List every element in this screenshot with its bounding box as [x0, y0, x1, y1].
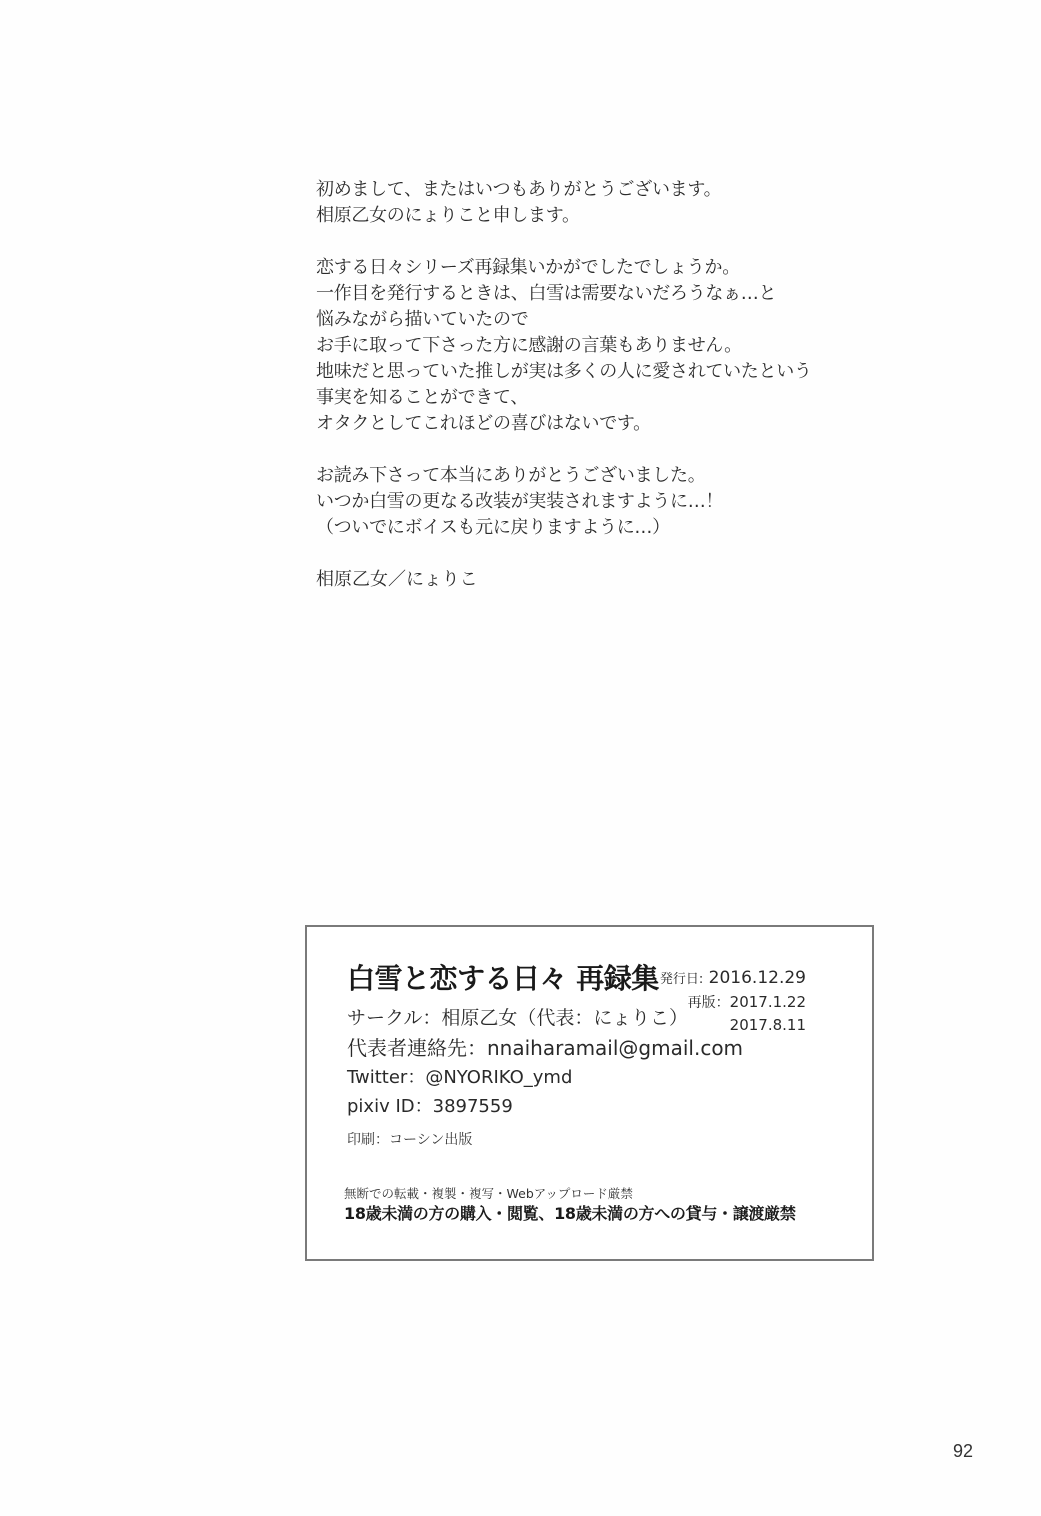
legal-notices: 無断での転載・複製・複写・Webアップロード厳禁 18歳未満の方の購入・閲覧、1…: [344, 1185, 796, 1225]
page-number: 92: [953, 1441, 973, 1462]
circle-name: サークル：相原乙女（代表：にょりこ）: [347, 1003, 743, 1033]
text-line: 一作目を発行するときは、白雪は需要ないだろうなぁ…と: [316, 281, 876, 307]
published-date-row: 発行日: 2016.12.29: [660, 967, 806, 991]
author-signature: 相原乙女／にょりこ: [316, 567, 876, 593]
published-label: 発行日:: [660, 972, 703, 987]
afterword-paragraph-thanks: お読み下さって本当にありがとうございました。 いつか白雪の更なる改装が実装されま…: [316, 463, 876, 541]
text-line: 悩みながら描いていたので: [316, 307, 876, 333]
colophon-box: 白雪と恋する日々 再録集 発行日: 2016.12.29 再版：2017.1.2…: [305, 925, 874, 1261]
text-line: 初めまして、またはいつもありがとうございます。: [316, 177, 876, 203]
reproduction-notice: 無断での転載・複製・複写・Webアップロード厳禁: [344, 1185, 796, 1203]
afterword-paragraph-greeting: 初めまして、またはいつもありがとうございます。 相原乙女のにょりこと申します。: [316, 177, 876, 229]
afterword-paragraph-body: 恋する日々シリーズ再録集いかがでしたでしょうか。 一作目を発行するときは、白雪は…: [316, 255, 876, 437]
text-line: （ついでにボイスも元に戻りますように…）: [316, 515, 876, 541]
text-line: お読み下さって本当にありがとうございました。: [316, 463, 876, 489]
text-line: 相原乙女のにょりこと申します。: [316, 203, 876, 229]
circle-info: サークル：相原乙女（代表：にょりこ） 代表者連絡先：nnaiharamail@g…: [347, 1003, 743, 1151]
text-line: お手に取って下さった方に感謝の言葉もありません。: [316, 333, 876, 359]
text-line: 恋する日々シリーズ再録集いかがでしたでしょうか。: [316, 255, 876, 281]
page: 初めまして、またはいつもありがとうございます。 相原乙女のにょりこと申します。 …: [0, 0, 1041, 1516]
published-date: 2016.12.29: [703, 968, 806, 988]
printer-name: 印刷：コーシン出版: [347, 1129, 743, 1151]
afterword-text: 初めまして、またはいつもありがとうございます。 相原乙女のにょりこと申します。 …: [316, 177, 876, 593]
text-line: いつか白雪の更なる改装が実装されますように…！: [316, 489, 876, 515]
age-restriction-notice: 18歳未満の方の購入・閲覧、18歳未満の方への貸与・譲渡厳禁: [344, 1203, 796, 1225]
contact-email: 代表者連絡先：nnaiharamail@gmail.com: [347, 1033, 743, 1063]
text-line: 事実を知ることができて、: [316, 385, 876, 411]
book-title: 白雪と恋する日々 再録集: [347, 957, 659, 997]
text-line: オタクとしてこれほどの喜びはないです。: [316, 411, 876, 437]
pixiv-id: pixiv ID：3897559: [347, 1092, 743, 1121]
text-line: 地味だと思っていた推しが実は多くの人に愛されていたという: [316, 359, 876, 385]
twitter-handle: Twitter：@NYORIKO_ymd: [347, 1063, 743, 1092]
